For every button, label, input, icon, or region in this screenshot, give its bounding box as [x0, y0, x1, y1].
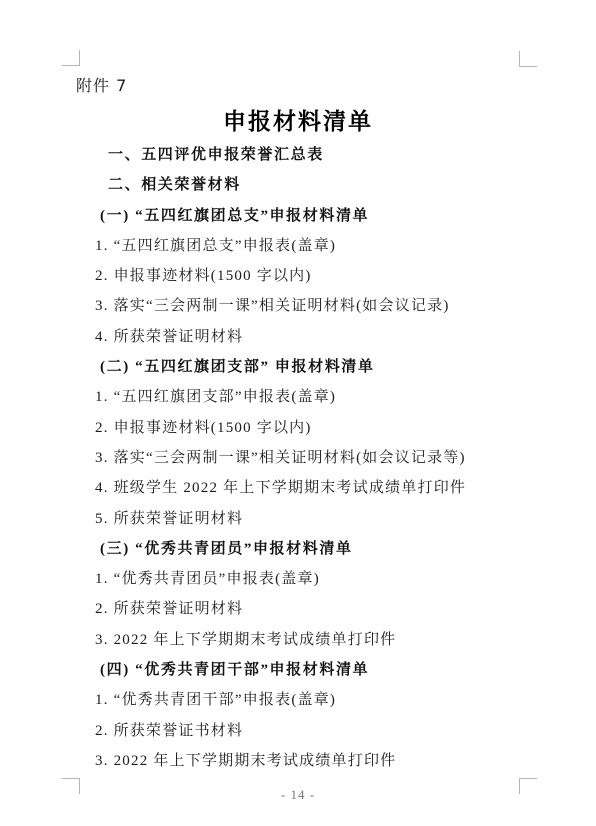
document-title: 申报材料清单 [0, 103, 596, 136]
list-item: 1. “优秀共青团干部”申报表(盖章) [0, 685, 596, 715]
document-page: { "page": { "attachment_label": "附件 7", … [0, 0, 596, 826]
attachment-label: 附件 7 [76, 73, 127, 96]
list-item: 4. 班级学生 2022 年上下学期期末考试成绩单打印件 [0, 473, 596, 503]
list-item: 2. 所获荣誉证书材料 [0, 716, 596, 746]
list-item: 3. 2022 年上下学期期末考试成绩单打印件 [0, 746, 596, 776]
list-item: 2. 申报事迹材料(1500 字以内) [0, 261, 596, 291]
list-item: 2. 所获荣誉证明材料 [0, 594, 596, 624]
list-item: 3. 2022 年上下学期期末考试成绩单打印件 [0, 625, 596, 655]
section-heading: 一、五四评优申报荣誉汇总表 [0, 140, 596, 170]
section-heading: 二、相关荣誉材料 [0, 170, 596, 200]
crop-mark-top-right [519, 51, 537, 67]
subsection-heading: (一) “五四红旗团总支”申报材料清单 [0, 201, 596, 231]
list-item: 3. 落实“三会两制一课”相关证明材料(如会议记录) [0, 291, 596, 321]
subsection-heading: (四) “优秀共青团干部”申报材料清单 [0, 655, 596, 685]
document-body: 一、五四评优申报荣誉汇总表 二、相关荣誉材料 (一) “五四红旗团总支”申报材料… [0, 140, 596, 776]
page-number: - 14 - [0, 787, 596, 803]
list-item: 1. “优秀共青团员”申报表(盖章) [0, 564, 596, 594]
crop-mark-top-left [62, 50, 80, 66]
list-item: 1. “五四红旗团支部”申报表(盖章) [0, 382, 596, 412]
list-item: 2. 申报事迹材料(1500 字以内) [0, 413, 596, 443]
list-item: 1. “五四红旗团总支”申报表(盖章) [0, 231, 596, 261]
subsection-heading: (二) “五四红旗团支部” 申报材料清单 [0, 352, 596, 382]
list-item: 5. 所获荣誉证明材料 [0, 504, 596, 534]
subsection-heading: (三) “优秀共青团员”申报材料清单 [0, 534, 596, 564]
list-item: 3. 落实“三会两制一课”相关证明材料(如会议记录等) [0, 443, 596, 473]
list-item: 4. 所获荣誉证明材料 [0, 322, 596, 352]
